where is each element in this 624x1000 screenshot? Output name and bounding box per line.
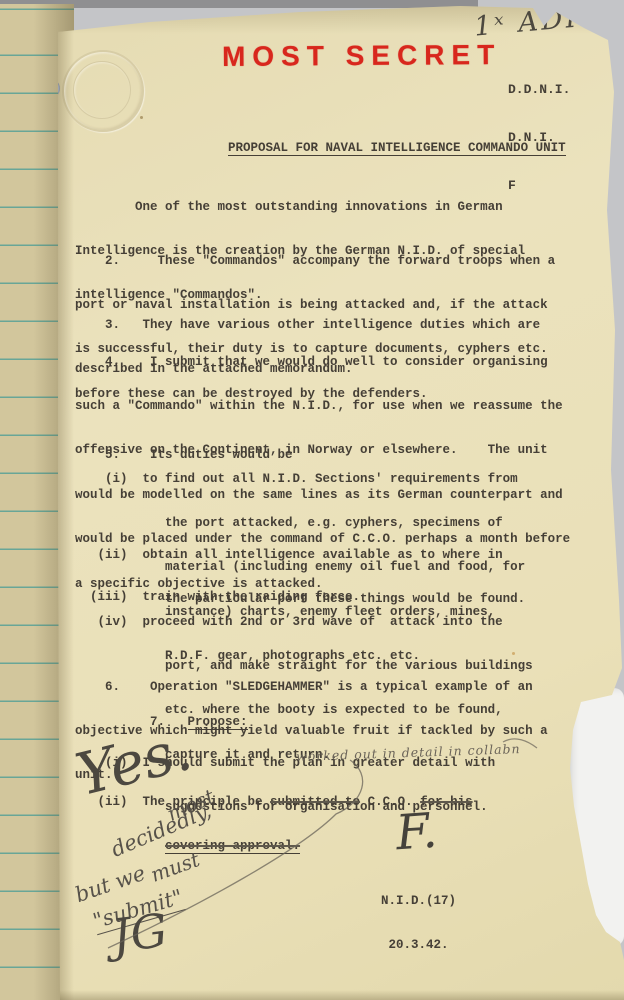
embossed-seal-inner-ring: [73, 61, 131, 119]
pencil-routing-note: 1ˣ ADIC: [473, 0, 604, 42]
typed-line: such a "Commando" within the N.I.D., for…: [75, 399, 570, 414]
typed-line: (iv) proceed with 2nd or 3rd wave of att…: [75, 615, 533, 630]
most-secret-stamp: MOST SECRET: [222, 39, 501, 73]
typed-line: 2. These "Commandos" accompany the forwa…: [75, 254, 555, 269]
typed-line-date: 20.3.42.: [381, 938, 456, 953]
routing-line-ddni: D.D.N.I.: [508, 82, 570, 98]
memo-page: MOST SECRET 1ˣ ADIC D.D.N.I. D.N.I. F PR…: [0, 0, 624, 1000]
paper-bottom-shading: [0, 990, 624, 1000]
typed-line-unit: N.I.D.(17): [381, 894, 456, 909]
typed-line: 6. Operation "SLEDGEHAMMER" is a typical…: [75, 680, 548, 695]
struck-text-submitted-to: submitted to: [270, 795, 360, 809]
paper-left-shading: [57, 0, 74, 1000]
title-text: PROPOSAL FOR NAVAL INTELLIGENCE COMMANDO…: [228, 141, 566, 157]
document-title: PROPOSAL FOR NAVAL INTELLIGENCE COMMANDO…: [183, 126, 566, 170]
paper-speck: [140, 116, 143, 119]
fleming-signature-f: F.: [394, 803, 439, 862]
typed-line: (i) to find out all N.I.D. Sections' req…: [75, 472, 525, 487]
typed-line: 4. I submit that we would do well to con…: [75, 355, 570, 370]
embossed-seal: [62, 50, 144, 132]
pencil-initials-monogram: JG: [109, 903, 170, 963]
scanned-memo-scene: MOST SECRET 1ˣ ADIC D.D.N.I. D.N.I. F PR…: [0, 0, 624, 1000]
footer-unit-date: N.I.D.(17) 20.3.42.: [381, 864, 456, 982]
typed-line: One of the most outstanding innovations …: [75, 200, 525, 215]
